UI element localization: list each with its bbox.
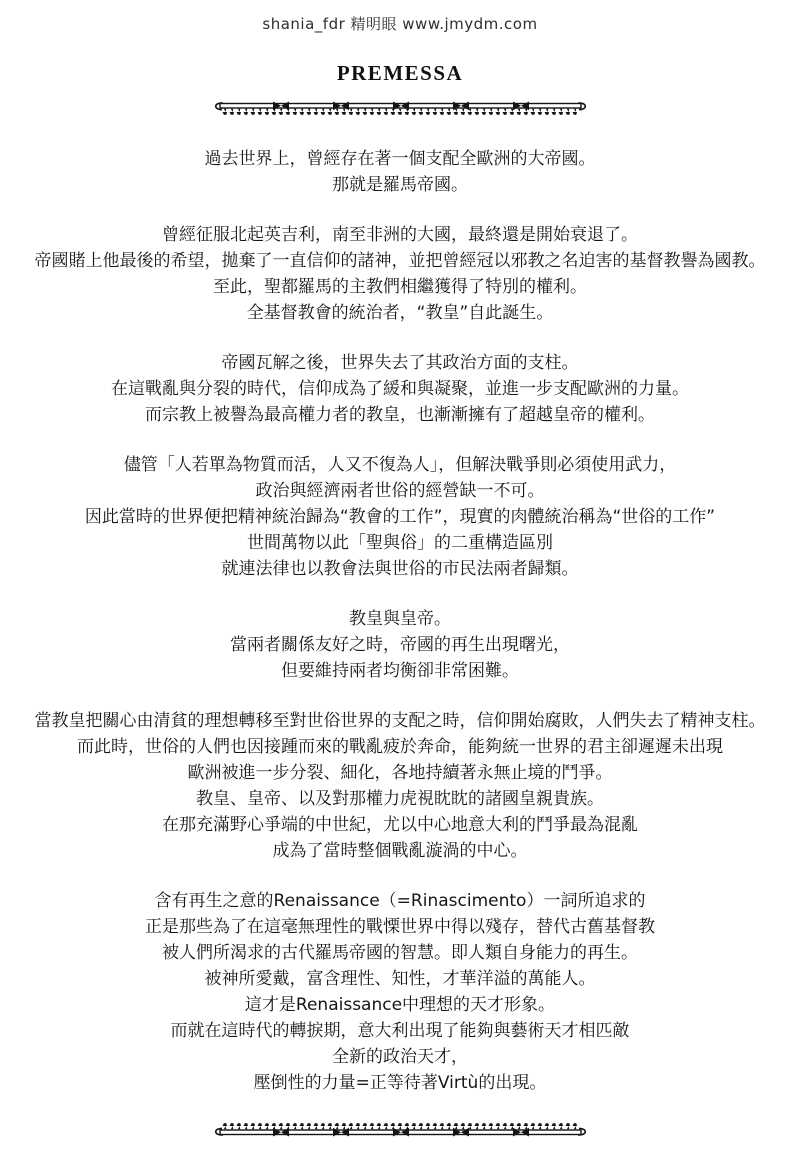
body-paragraphs: 過去世界上，曾經存在著一個支配全歐洲的大帝國。那就是羅馬帝國。曾經征服北起英吉利… [0,146,800,1096]
text-line: 過去世界上，曾經存在著一個支配全歐洲的大帝國。 [30,146,770,172]
text-line: 但要維持兩者均衡卻非常困難。 [30,658,770,684]
text-line: 當兩者關係友好之時，帝國的再生出現曙光， [30,632,770,658]
scanned-page: shania_fdr 精明眼 www.jmydm.com PREMESSA 過去… [0,0,800,1169]
text-line: 儘管「人若單為物質而活，人又不復為人」，但解決戰爭則必須使用武力， [30,452,770,478]
text-line: 歐洲被進一步分裂、細化，各地持續著永無止境的鬥爭。 [30,760,770,786]
text-line: 曾經征服北起英吉利，南至非洲的大國，最終還是開始衰退了。 [30,222,770,248]
paragraph: 教皇與皇帝。當兩者關係友好之時，帝國的再生出現曙光，但要維持兩者均衡卻非常困難。 [30,606,770,684]
text-line: 帝國瓦解之後，世界失去了其政治方面的支柱。 [30,350,770,376]
text-line: 而宗教上被譽為最高權力者的教皇，也漸漸擁有了超越皇帝的權利。 [30,402,770,428]
text-line: 因此當時的世界便把精神統治歸為“教會的工作”，現實的肉體統治稱為“世俗的工作” [30,504,770,530]
text-line: 而就在這時代的轉捩期，意大利出現了能夠與藝術天才相匹敵 [30,1018,770,1044]
text-line: 含有再生之意的Renaissance（=Rinascimento）一詞所追求的 [30,888,770,914]
text-line: 就連法律也以教會法與世俗的市民法兩者歸類。 [30,556,770,582]
text-line: 成為了當時整個戰亂漩渦的中心。 [30,838,770,864]
ornamental-divider-bottom-icon [208,1122,593,1138]
paragraph: 曾經征服北起英吉利，南至非洲的大國，最終還是開始衰退了。帝國賭上他最後的希望，拋… [30,222,770,326]
page-title: PREMESSA [0,61,800,86]
text-line: 而此時，世俗的人們也因接踵而來的戰亂疲於奔命，能夠統一世界的君主卻遲遲未出現 [30,734,770,760]
text-line: 在這戰亂與分裂的時代，信仰成為了緩和與凝聚，並進一步支配歐洲的力量。 [30,376,770,402]
text-line: 在那充滿野心爭端的中世紀，尤以中心地意大利的鬥爭最為混亂 [30,812,770,838]
text-line: 政治與經濟兩者世俗的經營缺一不可。 [30,478,770,504]
text-line: 世間萬物以此「聖與俗」的二重構造區別 [30,530,770,556]
text-line: 至此，聖都羅馬的主教們相繼獲得了特別的權利。 [30,274,770,300]
paragraph: 儘管「人若單為物質而活，人又不復為人」，但解決戰爭則必須使用武力，政治與經濟兩者… [30,452,770,582]
paragraph: 含有再生之意的Renaissance（=Rinascimento）一詞所追求的正… [30,888,770,1096]
paragraph: 過去世界上，曾經存在著一個支配全歐洲的大帝國。那就是羅馬帝國。 [30,146,770,198]
paragraph: 帝國瓦解之後，世界失去了其政治方面的支柱。在這戰亂與分裂的時代，信仰成為了緩和與… [30,350,770,428]
text-line: 那就是羅馬帝國。 [30,172,770,198]
text-line: 教皇、皇帝、以及對那權力虎視眈眈的諸國皇親貴族。 [30,786,770,812]
text-line: 全基督教會的統治者，“教皇”自此誕生。 [30,300,770,326]
text-line: 教皇與皇帝。 [30,606,770,632]
ornamental-divider-top-icon [208,100,593,116]
text-line: 全新的政治天才， [30,1044,770,1070]
text-line: 正是那些為了在這毫無理性的戰慄世界中得以殘存，替代古舊基督教 [30,914,770,940]
watermark-text: shania_fdr 精明眼 www.jmydm.com [0,0,800,34]
text-line: 帝國賭上他最後的希望，拋棄了一直信仰的諸神，並把曾經冠以邪教之名迫害的基督教譽為… [30,248,770,274]
paragraph: 當教皇把關心由清貧的理想轉移至對世俗世界的支配之時，信仰開始腐敗，人們失去了精神… [30,708,770,864]
text-line: 這才是Renaissance中理想的天才形象。 [30,992,770,1018]
text-line: 當教皇把關心由清貧的理想轉移至對世俗世界的支配之時，信仰開始腐敗，人們失去了精神… [30,708,770,734]
text-line: 被神所愛戴，富含理性、知性，才華洋溢的萬能人。 [30,966,770,992]
text-line: 壓倒性的力量=正等待著Virtù的出現。 [30,1070,770,1096]
text-line: 被人們所渴求的古代羅馬帝國的智慧。即人類自身能力的再生。 [30,940,770,966]
